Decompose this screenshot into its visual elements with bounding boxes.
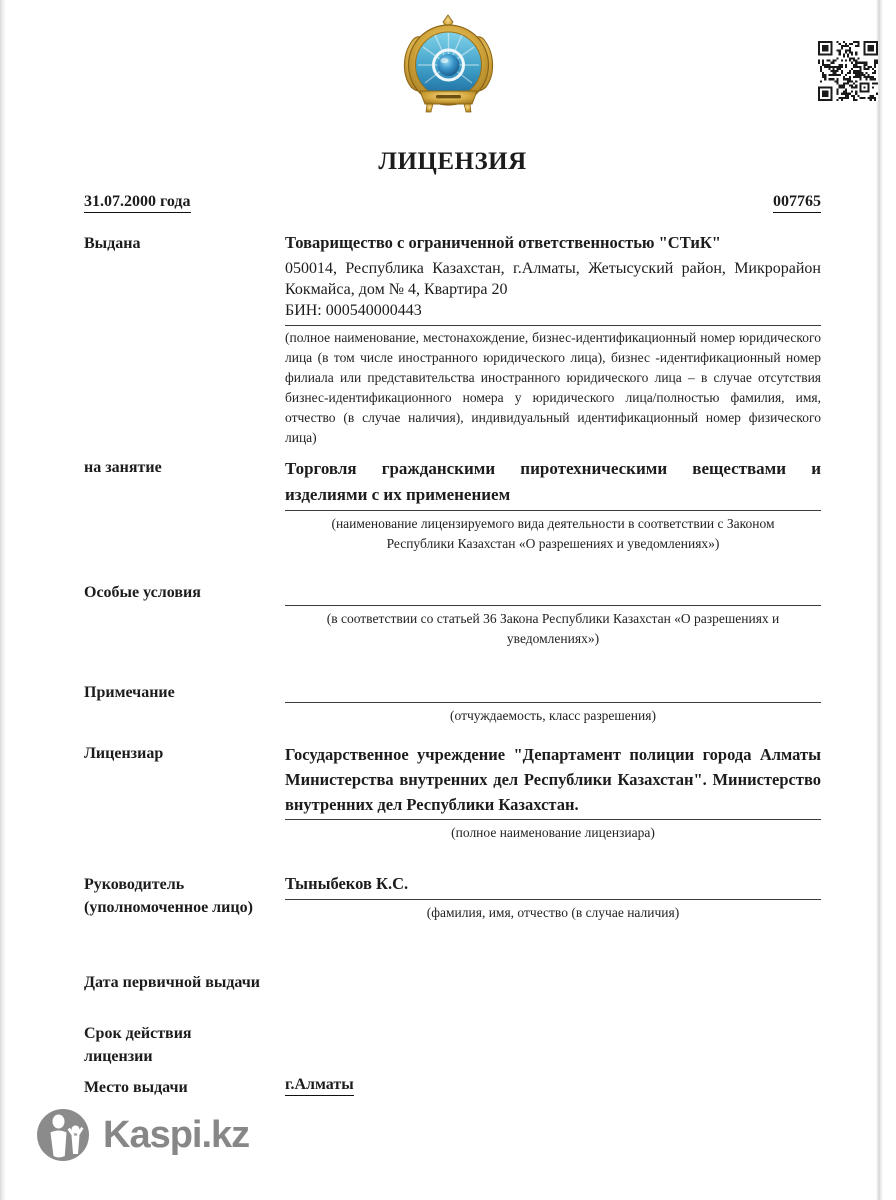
field-place-of-issue: Место выдачи г.Алматы [84, 1076, 821, 1099]
field-rule [285, 701, 821, 703]
issued-to-label: Выдана [84, 232, 285, 255]
field-rule [285, 604, 821, 606]
field-rule [285, 509, 821, 511]
licensor-value: Государственное учреждение "Департамент … [285, 742, 821, 817]
licensee-name: Товарищество с ограниченной ответственно… [285, 232, 821, 254]
licensee-address: 050014, Республика Казахстан, г.Алматы, … [285, 258, 821, 300]
field-rule [285, 818, 821, 820]
field-licensor: Лицензиар Государственное учреждение "Де… [84, 742, 821, 843]
place-of-issue-label: Место выдачи [84, 1076, 285, 1099]
first-issue-date-label: Дата первичной выдачи [84, 971, 358, 994]
head-caption: (фамилия, имя, отчество (в случае наличи… [285, 903, 821, 923]
head-label: Руководитель (уполномоченное лицо) [84, 873, 285, 919]
activity-label: на занятие [84, 456, 285, 479]
license-number: 007765 [773, 193, 821, 213]
issued-to-caption: (полное наименование, местонахождение, б… [285, 328, 821, 448]
licensor-caption: (полное наименование лицензиара) [285, 823, 821, 843]
field-first-issue-date: Дата первичной выдачи [84, 971, 821, 994]
special-conditions-label: Особые условия [84, 581, 285, 604]
activity-value: Торговля гражданскими пиротехническими в… [285, 456, 821, 508]
kazakhstan-coat-of-arms-icon [400, 13, 497, 114]
scan-edge-right [876, 0, 883, 1200]
note-label: Примечание [84, 681, 285, 704]
field-special-conditions: Особые условия (в соответствии со статье… [84, 581, 821, 649]
kaspi-brand-text: Kaspi.kz [103, 1108, 249, 1162]
licensor-label: Лицензиар [84, 742, 285, 765]
place-of-issue-value: г.Алматы [285, 1076, 354, 1096]
qr-code [818, 40, 878, 102]
license-document: ЛИЦЕНЗИЯ 31.07.2000 года 007765 Выдана Т… [0, 0, 896, 1200]
special-conditions-caption: (в соответствии со статьей 36 Закона Рес… [318, 609, 788, 649]
activity-caption: (наименование лицензируемого вида деятел… [314, 514, 792, 554]
field-validity: Срок действия лицензии [84, 1022, 821, 1068]
kaspi-logo: Kaspi.kz [36, 1108, 249, 1162]
field-rule [285, 324, 821, 326]
document-body: ЛИЦЕНЗИЯ 31.07.2000 года 007765 Выдана Т… [84, 148, 821, 1099]
field-head: Руководитель (уполномоченное лицо) Тыныб… [84, 873, 821, 923]
note-caption: (отчуждаемость, класс разрешения) [285, 706, 821, 726]
field-issued-to: Выдана Товарищество с ограниченной ответ… [84, 232, 821, 448]
scan-edge-left [0, 0, 6, 1200]
issue-date: 31.07.2000 года [84, 193, 191, 213]
document-title: ЛИЦЕНЗИЯ [84, 148, 821, 176]
kaspi-figures-icon [36, 1108, 90, 1162]
field-rule [285, 898, 821, 900]
validity-label: Срок действия лицензии [84, 1022, 285, 1068]
head-value: Тыныбеков К.С. [285, 873, 821, 895]
field-note: Примечание (отчуждаемость, класс разреше… [84, 681, 821, 726]
date-number-row: 31.07.2000 года 007765 [84, 193, 821, 213]
field-activity: на занятие Торговля гражданскими пиротех… [84, 456, 821, 554]
licensee-bin: БИН: 000540000443 [285, 300, 821, 321]
